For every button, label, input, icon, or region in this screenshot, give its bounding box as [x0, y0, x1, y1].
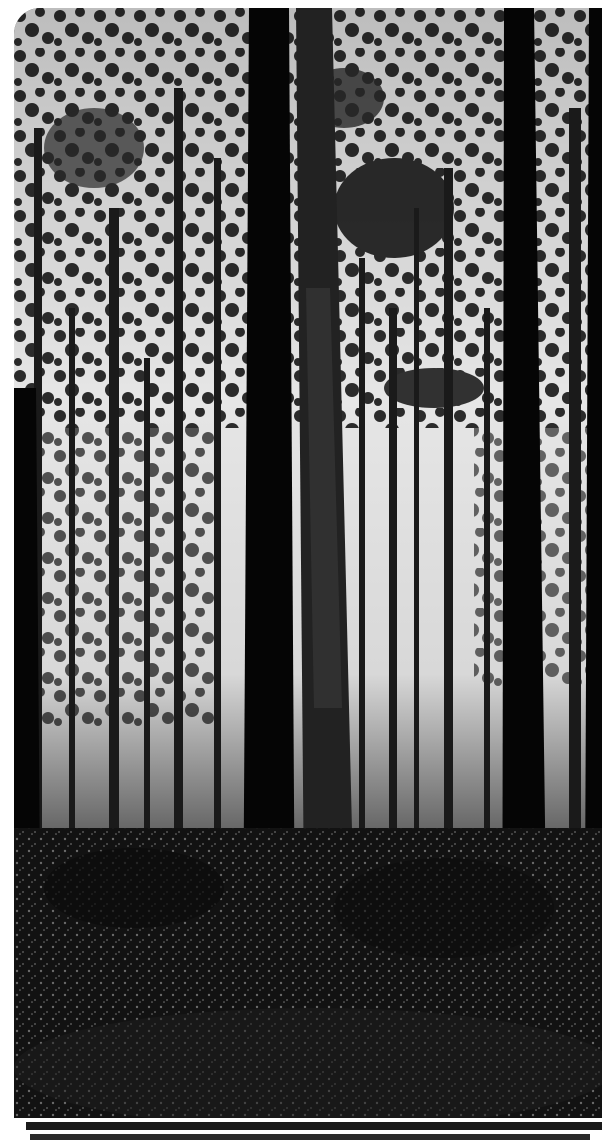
photo-bottom-border [26, 1122, 602, 1130]
forest-photo: Black-and-white newspaper-style photogra… [14, 8, 602, 1118]
forest-scene [14, 8, 602, 1118]
photo-bottom-border-2 [30, 1134, 590, 1140]
undergrowth [14, 828, 602, 1118]
